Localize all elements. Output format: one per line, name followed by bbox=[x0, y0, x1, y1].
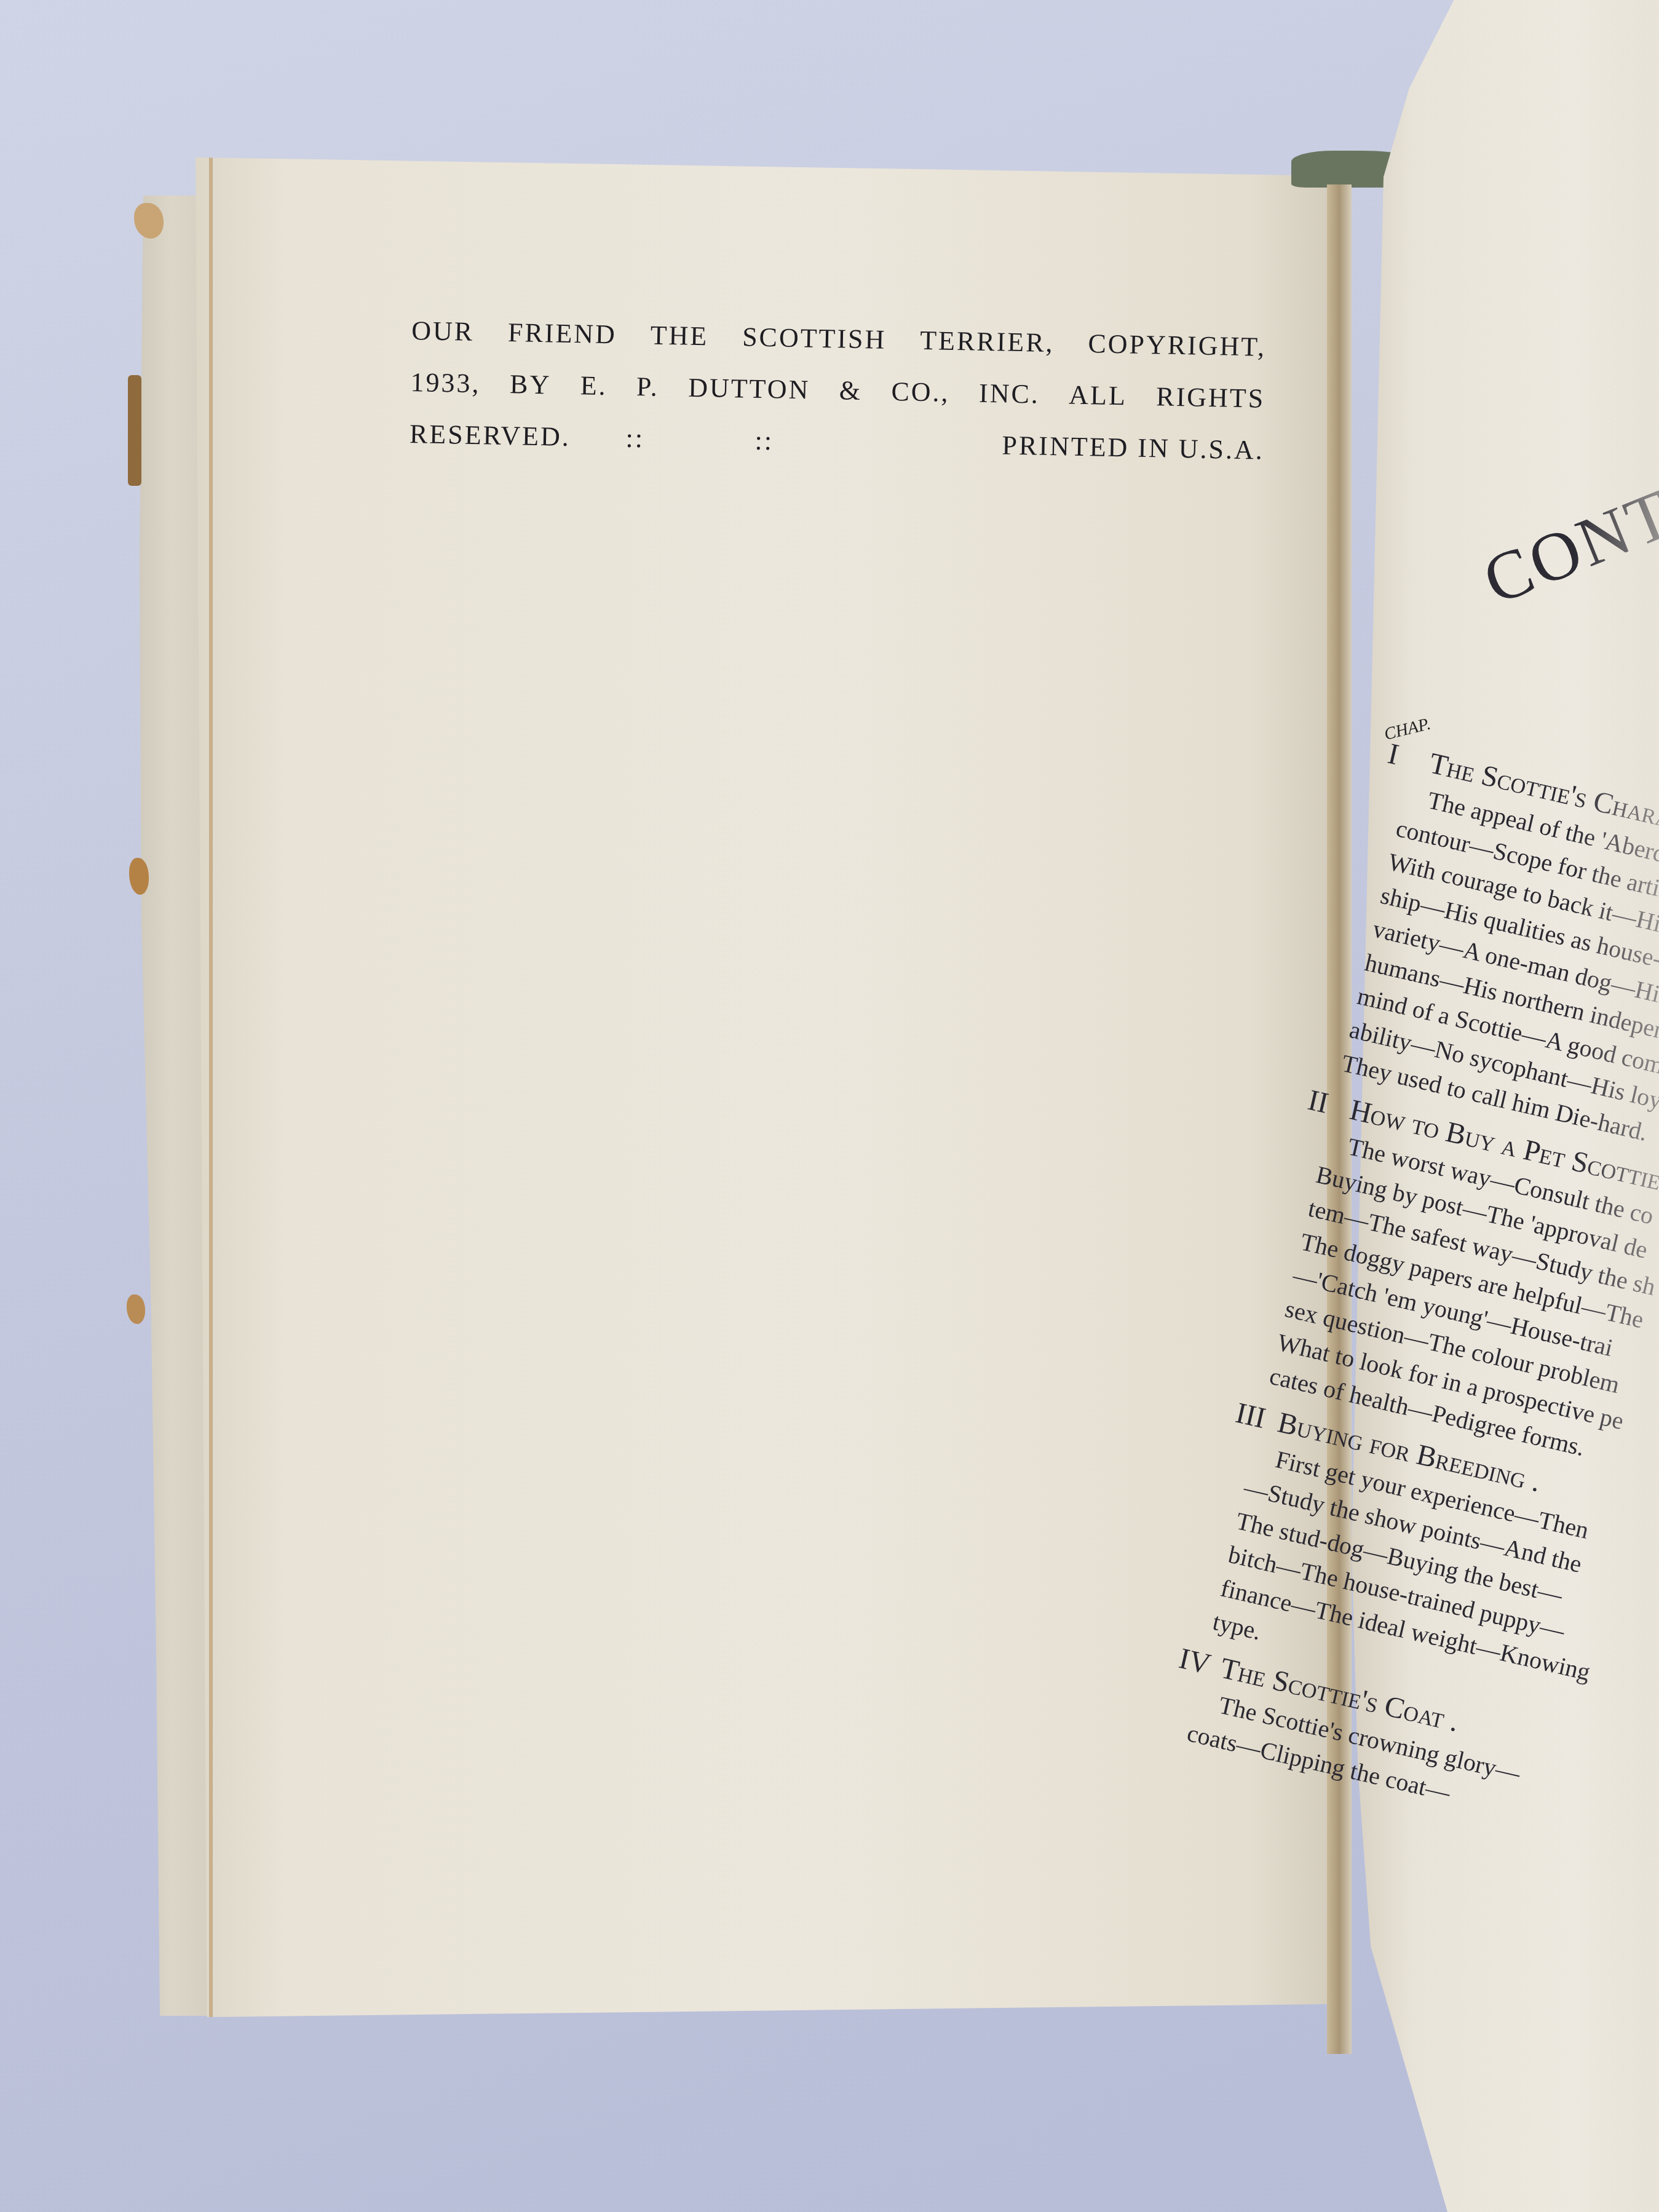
copyright-word: ALL bbox=[1069, 370, 1128, 422]
chapter-number: IV bbox=[1175, 1639, 1218, 1684]
copyright-word: TERRIER, bbox=[919, 315, 1055, 369]
ornament-separator: :: bbox=[699, 414, 829, 468]
book-photo: OUR FRIEND THE SCOTTISH TERRIER, COPYRIG… bbox=[0, 0, 1659, 2212]
printed-in-label: PRINTED IN U.S.A. bbox=[1002, 419, 1265, 476]
ornament-separator: :: bbox=[570, 411, 700, 466]
copyright-word: COPYRIGHT, bbox=[1088, 318, 1267, 373]
copyright-word: 1933, bbox=[410, 357, 481, 410]
copyright-word: THE bbox=[650, 309, 709, 362]
copyright-word: DUTTON bbox=[687, 362, 810, 416]
chapter-number: III bbox=[1232, 1394, 1275, 1439]
page-edge-stain bbox=[209, 157, 213, 2017]
torn-paper-fragment bbox=[134, 203, 164, 239]
copyright-word: INC. bbox=[978, 368, 1040, 421]
copyright-word: E. bbox=[580, 360, 608, 412]
copyright-word: OUR bbox=[411, 305, 475, 358]
copyright-word: RESERVED. bbox=[409, 408, 571, 463]
chapter-number: I bbox=[1384, 735, 1427, 780]
copyright-word: BY bbox=[509, 359, 552, 411]
copyright-word: & bbox=[839, 365, 863, 417]
dot-leader: . bbox=[1447, 1705, 1462, 1738]
copyright-word: P. bbox=[636, 361, 659, 413]
chapter-number: II bbox=[1304, 1081, 1347, 1126]
copyright-notice: OUR FRIEND THE SCOTTISH TERRIER, COPYRIG… bbox=[409, 305, 1267, 477]
copyright-word: SCOTTISH bbox=[742, 311, 887, 365]
page-curve-shading bbox=[1574, 0, 1659, 2212]
torn-paper-fragment bbox=[128, 375, 141, 486]
copyright-word: RIGHTS bbox=[1156, 371, 1265, 424]
torn-paper-fragment bbox=[127, 1294, 145, 1324]
dot-leader: . bbox=[1529, 1465, 1544, 1498]
copyright-word: CO., bbox=[891, 366, 951, 419]
torn-paper-fragment bbox=[129, 858, 149, 895]
copyright-word: FRIEND bbox=[507, 307, 617, 360]
